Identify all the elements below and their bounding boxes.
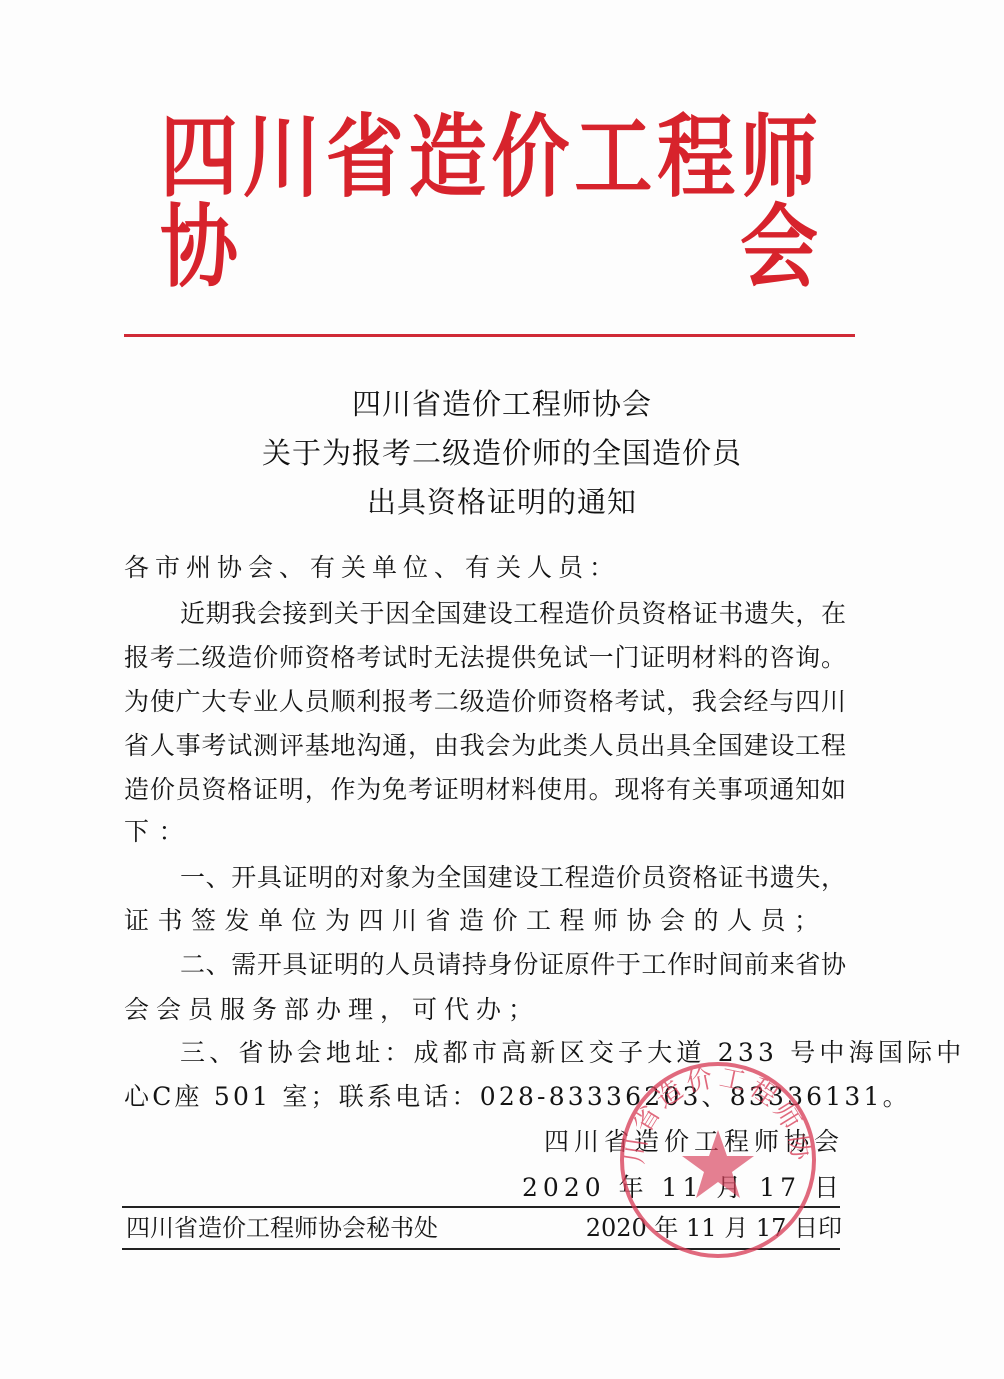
signature-org: 四川省造价工程师协会 bbox=[544, 1126, 844, 1158]
title-line-1: 四川省造价工程师协会 bbox=[0, 390, 1004, 419]
body-line: 造价员资格证明，作为免考证明材料使用。现将有关事项通知如 bbox=[124, 774, 846, 806]
footer-rule-top bbox=[122, 1206, 840, 1208]
signature-date: 2020 年 11 月 17 日 bbox=[522, 1172, 844, 1204]
document-page: 四川省造价工程师协会 四川省造价工程师协会 关于为报考二级造价师的全国造价员 出… bbox=[0, 0, 1004, 1379]
footer-rule-bottom bbox=[122, 1248, 840, 1250]
list-item-1-line-1: 一、开具证明的对象为全国建设工程造价员资格证书遗失， bbox=[124, 862, 846, 894]
body-line: 近期我会接到关于因全国建设工程造价员资格证书遗失，在 bbox=[124, 598, 846, 630]
list-item-1-line-2: 证书签发单位为四川省造价工程师协会的人员； bbox=[124, 905, 846, 937]
body-line: 省人事考试测评基地沟通，由我会为此类人员出具全国建设工程 bbox=[124, 730, 846, 762]
red-divider bbox=[124, 334, 855, 337]
salutation: 各市州协会、有关单位、有关人员： bbox=[124, 552, 846, 584]
footer-issuer: 四川省造价工程师协会秘书处 bbox=[126, 1212, 438, 1244]
list-item-3-line-2: 心C座 501 室；联系电话：028-83336203、83336131。 bbox=[124, 1081, 846, 1113]
list-item-2-line-1: 二、需开具证明的人员请持身份证原件于工作时间前来省协 bbox=[124, 949, 846, 981]
list-item-2-line-2: 会会员服务部办理，可代办； bbox=[124, 994, 846, 1026]
list-item-3-line-1: 三、省协会地址：成都市高新区交子大道 233 号中海国际中 bbox=[124, 1037, 846, 1069]
body-line: 报考二级造价师资格考试时无法提供免试一门证明材料的咨询。 bbox=[124, 642, 846, 674]
title-line-3: 出具资格证明的通知 bbox=[0, 488, 1004, 517]
masthead: 四川省造价工程师协会 bbox=[160, 148, 820, 258]
body-line: 为使广大专业人员顺利报考二级造价师资格考试，我会经与四川 bbox=[124, 686, 846, 718]
footer-printed-date: 2020 年 11 月 17 日印 bbox=[586, 1212, 842, 1244]
body-line: 下： bbox=[124, 816, 846, 848]
masthead-org-name: 四川省造价工程师协会 bbox=[160, 113, 820, 292]
title-line-2: 关于为报考二级造价师的全国造价员 bbox=[0, 439, 1004, 468]
